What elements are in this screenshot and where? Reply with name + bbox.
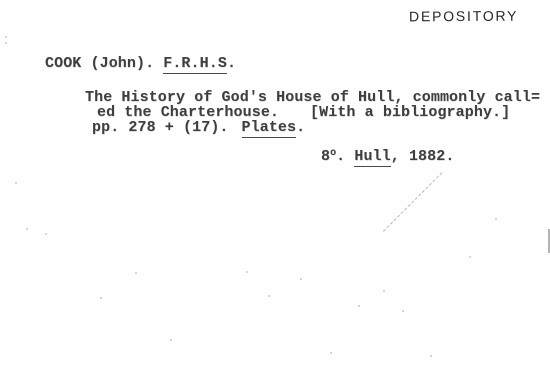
author-honorific-period: .	[227, 55, 236, 72]
author-honorific: F.R.H.S	[163, 55, 227, 74]
imprint-year: , 1882.	[391, 148, 455, 165]
noise-speck	[300, 278, 302, 280]
noise-speck	[383, 290, 385, 292]
author-name: COOK (John).	[45, 55, 154, 72]
format-number: 8	[321, 148, 330, 165]
noise-speck	[330, 352, 332, 354]
noise-speck	[358, 305, 360, 307]
plates-text: Plates	[242, 119, 297, 138]
noise-speck	[135, 272, 137, 274]
noise-speck	[45, 233, 47, 235]
noise-speck	[100, 297, 102, 299]
noise-speck	[26, 228, 28, 230]
library-catalog-card: DEPOSITORY COOK (John).F.R.H.S. The Hist…	[0, 0, 550, 374]
bibliography-note: [With a bibliography.]	[310, 104, 510, 121]
depository-stamp: DEPOSITORY	[409, 8, 518, 25]
noise-speck	[469, 256, 471, 258]
author-heading: COOK (John).F.R.H.S.	[45, 55, 236, 72]
collation-line: pp. 278 + (17).Plates.	[92, 119, 305, 136]
imprint-line: 8o. Hull, 1882.	[321, 148, 454, 165]
imprint-place: Hull	[354, 148, 390, 167]
format-period: .	[336, 148, 345, 165]
noise-speck	[170, 339, 172, 341]
plates-period: .	[296, 119, 305, 136]
noise-speck	[402, 310, 404, 312]
noise-speck	[430, 355, 432, 357]
noise-speck	[5, 36, 7, 38]
noise-speck	[246, 271, 248, 273]
noise-speck	[268, 295, 270, 297]
pencil-scratch-line	[383, 172, 442, 231]
collation-text: pp. 278 + (17).	[92, 119, 229, 136]
noise-speck	[15, 182, 17, 184]
noise-speck	[495, 218, 497, 220]
noise-speck	[5, 42, 7, 44]
